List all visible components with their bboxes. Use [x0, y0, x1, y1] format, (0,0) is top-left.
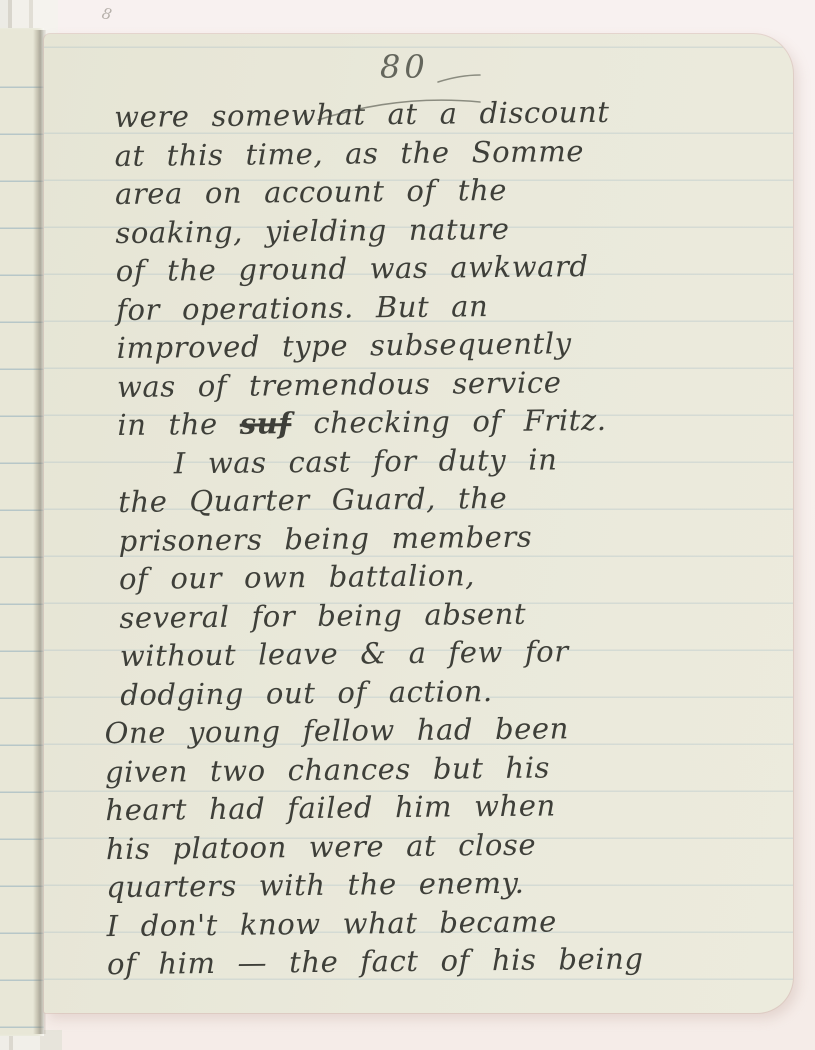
- handwriting-block: were somewhat at a discount at this time…: [114, 91, 795, 983]
- margin-pencil-mark: 8: [100, 4, 113, 24]
- notebook-page: 80 were somewhat at a discount at this t…: [44, 34, 793, 1013]
- strike-line-after: checking of Fritz.: [313, 403, 607, 440]
- strike-line-before: in the: [117, 407, 218, 442]
- handwriting-line: of him — the fact of his being: [107, 938, 795, 984]
- struck-word: suf: [240, 406, 292, 441]
- scan-background: 8 80 were somewhat at a discount at this…: [0, 0, 815, 1050]
